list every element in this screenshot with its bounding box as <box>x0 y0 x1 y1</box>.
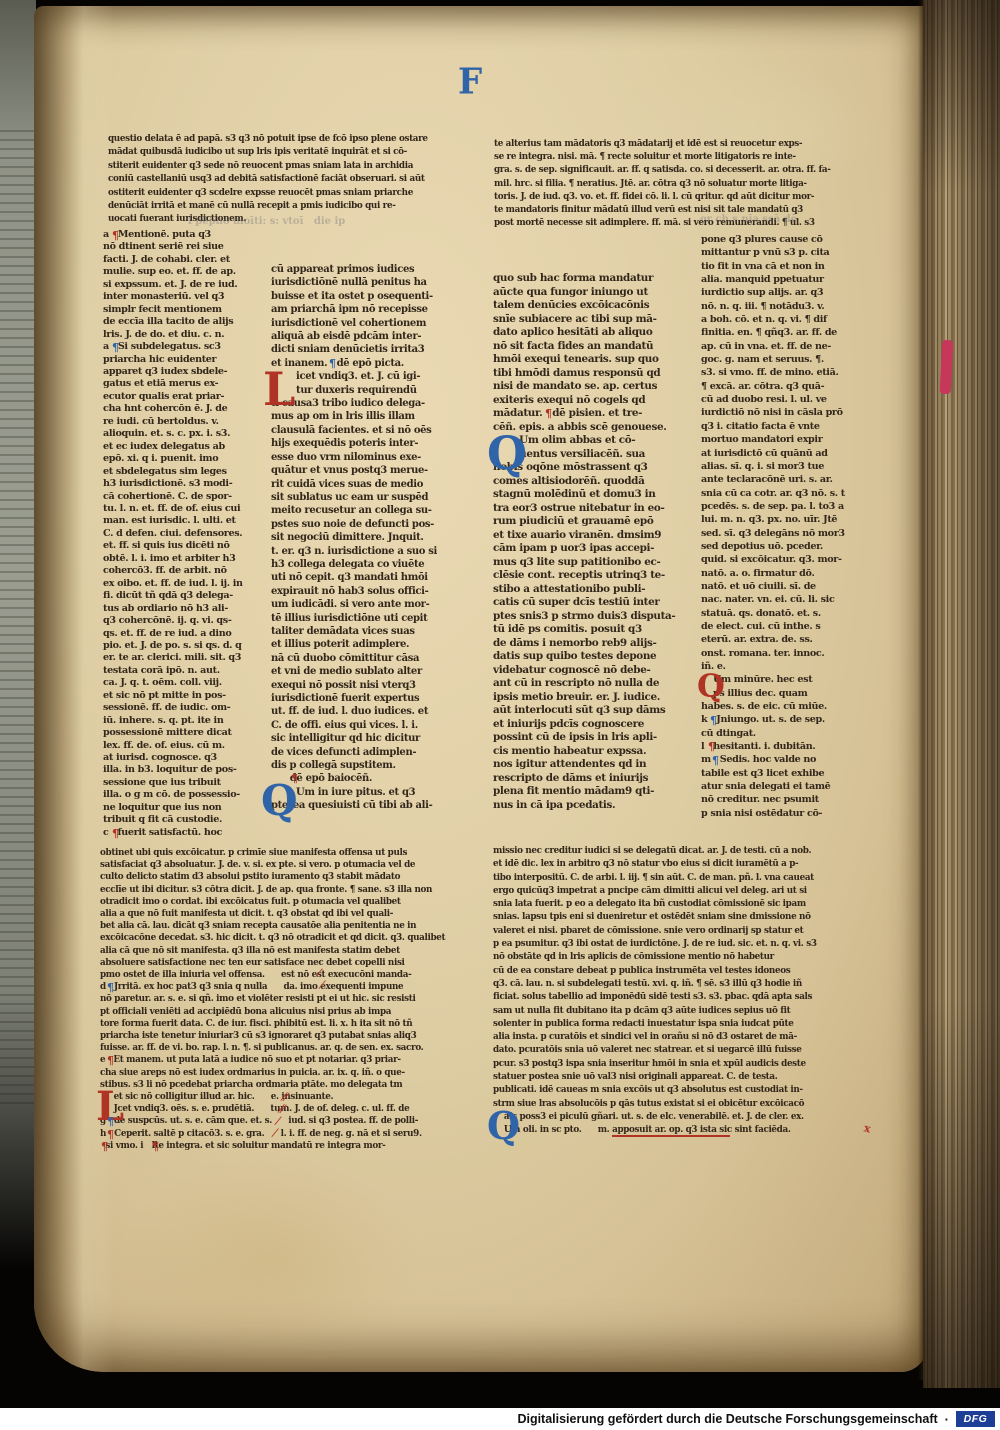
caption-separator: · <box>945 1412 949 1427</box>
pilcrow-mark: ¶ <box>101 1141 108 1152</box>
pilcrow-mark: ¶ <box>545 408 552 419</box>
pilcrow-mark: ¶ <box>112 230 119 241</box>
pilcrow-mark: ¶ <box>329 358 336 369</box>
text-block-center-column: quo sub hac forma mandatur aūcte qua fun… <box>493 272 705 816</box>
pilcrow-mark: ¶ <box>710 715 717 726</box>
dfg-logo: DFG <box>956 1411 995 1427</box>
caption-text: Digitalisierung gefördert durch die Deut… <box>517 1412 937 1426</box>
pilcrow-mark: ¶ <box>712 755 719 766</box>
text-block-mid-left-column: cū appareat primos iudices iurisdictiōnē… <box>271 263 467 816</box>
page-gutter-shadow <box>34 6 114 1372</box>
initial-Q-blue-center: Q <box>487 430 527 476</box>
initial-Q-red-right: Q <box>697 670 725 702</box>
pilcrow-mark: ¶ <box>291 773 298 784</box>
text-block-bottom-right: missio nec creditur iudici si se delegat… <box>493 845 867 1142</box>
text-block-left-column: a Mentionē. puta q3 nō dtinent seriē rei… <box>103 229 263 843</box>
pilcrow-mark: ¶ <box>112 342 119 353</box>
pilcrow-mark: ¶ <box>107 982 114 993</box>
digitization-caption-bar: Digitalisierung gefördert durch die Deut… <box>0 1408 1000 1430</box>
pilcrow-mark: ¶ <box>107 1129 114 1140</box>
text-block-bottom-left: obtinet ubi quis excōicatur. p crimīe si… <box>100 847 468 1156</box>
pilcrow-mark: ¶ <box>107 1055 114 1066</box>
text-block-right-column: pone q3 plures cause cō mittantur p vnū … <box>701 233 865 824</box>
ornament-underline <box>612 1135 730 1137</box>
pilcrow-mark: ¶ <box>112 828 119 839</box>
bleed-through-text: i pēpho moīti: s: vtoī die ip <box>188 216 345 227</box>
pilcrow-mark: ¶ <box>708 741 715 752</box>
manuscript-scan-viewport: F questio delata ē ad papā. s3 q3 nō pot… <box>0 0 1000 1430</box>
facing-page-text-bleed <box>0 130 36 1110</box>
pilcrow-mark: ¶ <box>152 1141 159 1152</box>
facing-page-edge <box>0 0 36 1270</box>
folio-mark: F <box>458 61 482 103</box>
initial-L-red-mid-left: L <box>263 366 295 412</box>
parchment-stain <box>120 1150 420 1370</box>
initial-Q-blue-mid-left: Q <box>261 780 298 822</box>
bleed-through-text: or ch s nīa ssā dē <box>700 214 797 225</box>
pilcrow-mark: ¶ <box>107 1116 114 1127</box>
book-fore-edge <box>923 0 1000 1388</box>
initial-Q-blue-bottom-right: Q <box>487 1107 520 1145</box>
text-block-top-right: te alterius tam mādatoris q3 mādatarij e… <box>494 138 866 234</box>
